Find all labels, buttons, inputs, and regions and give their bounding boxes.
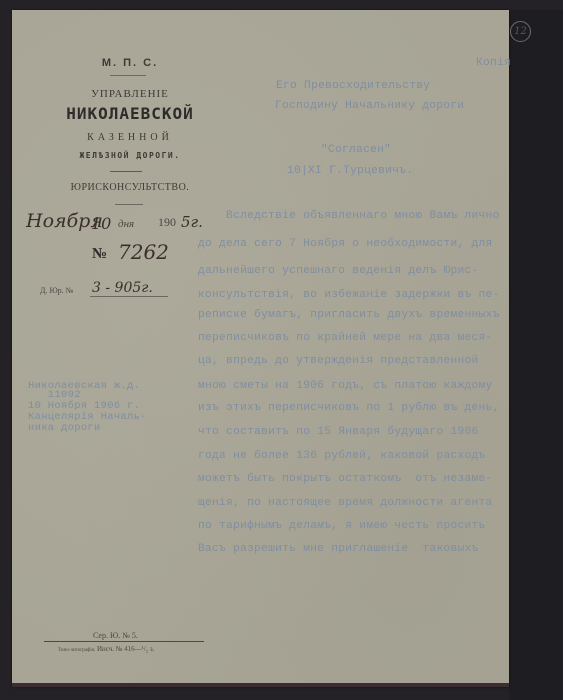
sheet-bottom-edge xyxy=(12,683,509,687)
letterhead-ministry: М. П. С. xyxy=(40,57,220,69)
case-ref-underline xyxy=(90,296,168,297)
body-line: щенія, по настоящее время должности аген… xyxy=(198,497,493,509)
case-ref-label: Д. Юр. № xyxy=(40,286,73,295)
copy-label: Копія xyxy=(476,57,511,69)
letterhead-line-3: КАЗЕННОЙ xyxy=(40,132,220,143)
body-line: до дела сего 7 Ноября о необходимости, д… xyxy=(198,238,493,250)
body-line: дальнейшего успешнаго веденія делъ Юрис- xyxy=(198,265,479,277)
approval-signature: 10|XI Г.Турцевичъ. xyxy=(287,165,413,177)
letterhead-line-4: ЖЕЛѢЗНОЙ ДОРОГИ. xyxy=(40,151,220,160)
letterhead-divider xyxy=(115,204,143,205)
body-line: мною сметы на 1906 годъ, съ платою каждо… xyxy=(198,380,493,392)
approval-resolution: "Согласен" xyxy=(321,144,391,156)
body-line: изъ этихъ переписчиковъ по 1 рублю въ де… xyxy=(198,402,500,414)
number-sign: № xyxy=(92,246,107,263)
body-line: переписчиковъ по крайней мере на два мес… xyxy=(198,332,493,344)
footer-printer: Типо-литографія. xyxy=(58,648,95,653)
date-year-prefix: 190 xyxy=(158,215,176,230)
body-line: Вследствіе объявленнаго мною Вамъ лично xyxy=(198,210,500,222)
body-line: ца, впредь до утвержденія представленной xyxy=(198,355,479,367)
letterhead-department: ЮРИСКОНСУЛЬТСТВО. xyxy=(40,182,220,193)
body-line: года не более 136 рублей, каковой расход… xyxy=(198,450,486,462)
footer-series: Сер. Ю. № 5. xyxy=(93,631,138,640)
body-line: консультствія, во избежаніе задержки въ … xyxy=(198,289,500,301)
body-line: Васъ разрешить мне приглашеніе таковыхъ xyxy=(198,543,479,555)
page-number-stamp: 12 xyxy=(510,21,531,42)
letterhead-divider xyxy=(110,171,142,172)
addressee-line-2: Господину Начальнику дороги xyxy=(275,100,464,112)
body-line: реписке бумагъ, пригласить двухъ временн… xyxy=(198,309,500,321)
footer-print-info: Типо-литографія. Инсч. № 416—¹/₂ з. xyxy=(58,645,154,653)
footer-print-number: Инсч. № 416—¹/₂ з. xyxy=(97,645,154,653)
addressee-line-1: Его Превосходительству xyxy=(276,80,430,92)
letterhead-divider xyxy=(110,75,146,76)
date-day-handwritten: 10 xyxy=(91,214,111,233)
dark-background-strip xyxy=(509,10,563,700)
body-line: можетъ быть покрытъ остаткомъ отъ незаме… xyxy=(198,473,493,485)
side-note-line: ника дороги xyxy=(28,422,101,434)
date-day-label: дня xyxy=(118,218,134,230)
case-ref-value: 3 - 905г. xyxy=(92,280,153,296)
body-line: что составитъ по 15 Января будущаго 1906 xyxy=(198,426,479,438)
letterhead-line-1: УПРАВЛЕНIЕ xyxy=(40,88,220,100)
letterhead-line-2: НИКОЛАЕВСКОЙ xyxy=(40,104,220,123)
body-line: по тарифнымъ деламъ, я имею честь просит… xyxy=(198,520,486,532)
outgoing-number: 7262 xyxy=(118,240,169,264)
footer-rule xyxy=(44,641,204,642)
